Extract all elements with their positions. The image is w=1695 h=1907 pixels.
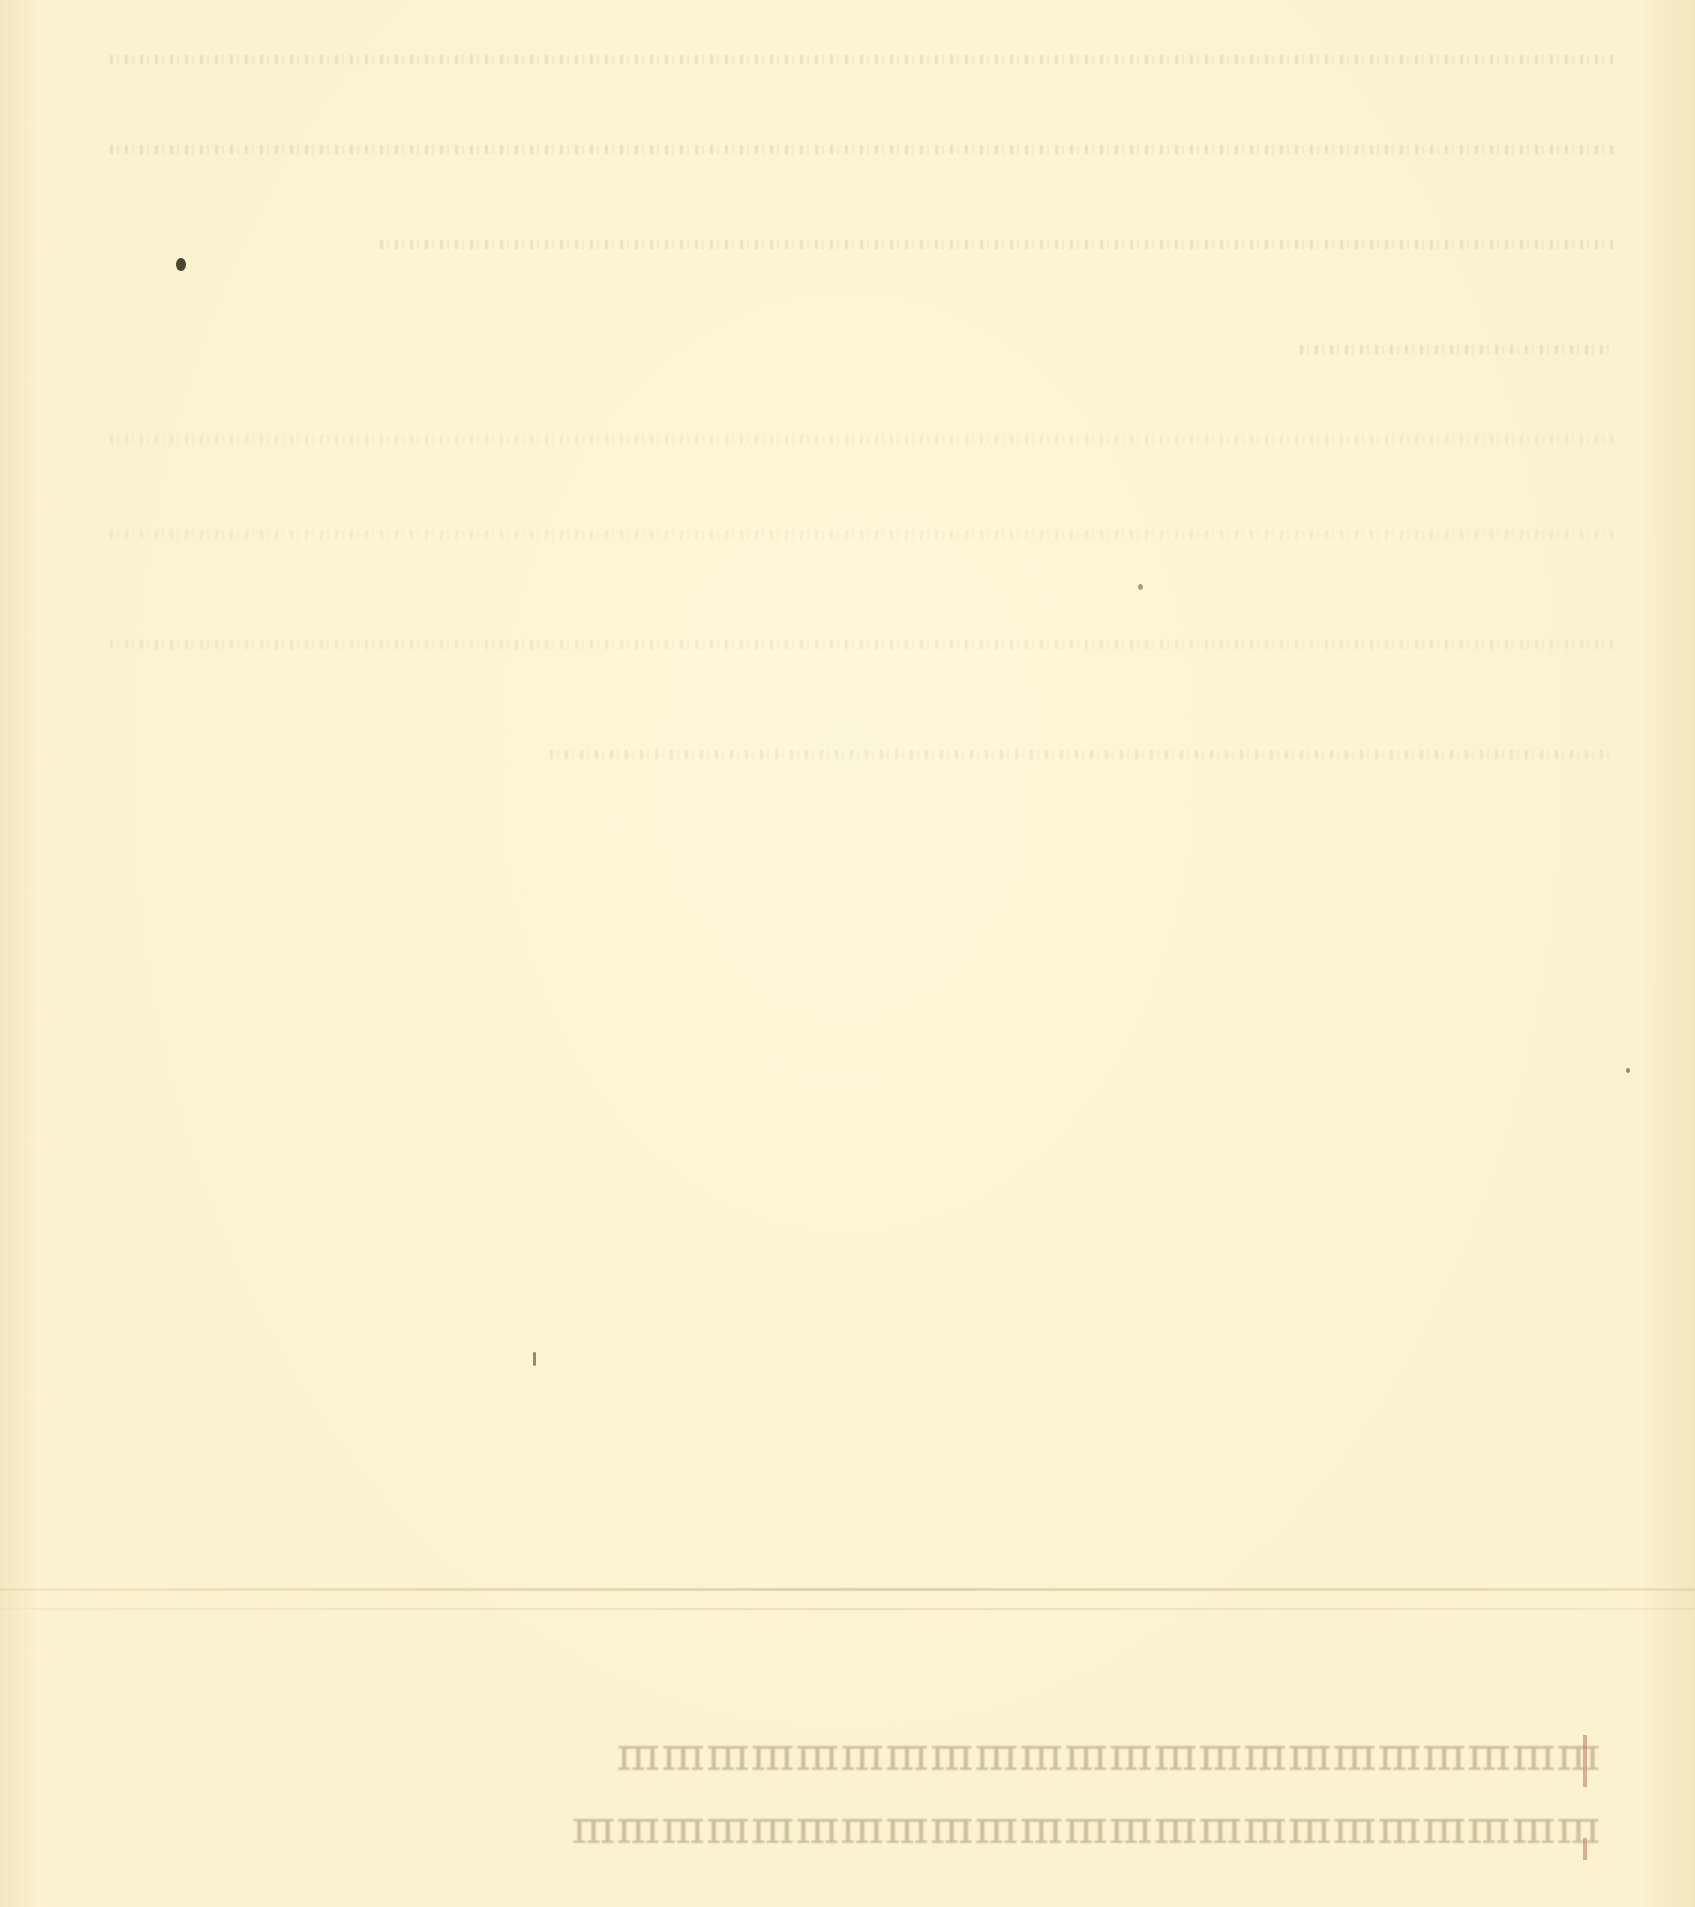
showthrough-line [550,750,1615,759]
page-fold-line [0,1588,1695,1591]
ink-speck [1138,584,1143,590]
manuscript-page: шшшшшшшшшшшшшшшшшшшшшш шшшшшшшшшшшшшшшшш… [0,0,1695,1907]
showthrough-line [110,530,1615,539]
ink-speck [176,258,186,271]
showthrough-line [110,435,1615,444]
showthrough-text-line: шшшшшшшшшшшшшшшшшшшшшш [120,1735,1600,1789]
showthrough-line [110,640,1615,649]
showthrough-line [110,55,1615,64]
showthrough-line [380,240,1615,249]
rubric-mark [1583,1838,1587,1860]
ink-speck [533,1352,536,1366]
ink-speck [1626,1068,1630,1073]
showthrough-line [110,145,1615,154]
rubric-mark [1583,1735,1587,1787]
showthrough-text-line: шшшшшшшшшшшшшшшшшшшшшшш [120,1808,1600,1862]
page-fold-line [0,1608,1695,1610]
showthrough-line [1300,345,1615,354]
